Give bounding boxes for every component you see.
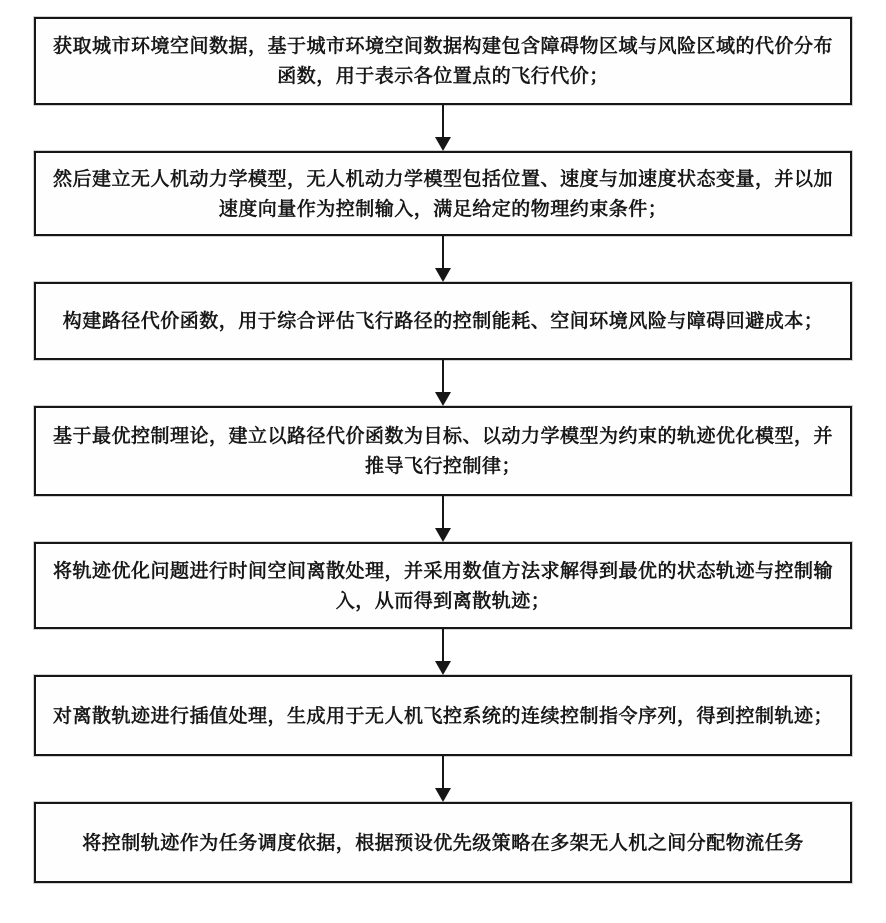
flow-connector-3 [34, 360, 852, 406]
flow-step-1: 获取城市环境空间数据，基于城市环境空间数据构建包含障碍物区域与风险区域的代价分布… [34, 17, 852, 105]
arrow-down-icon [435, 392, 451, 406]
arrow-shaft [442, 756, 444, 788]
flow-step-4-text: 基于最优控制理论，建立以路径代价函数为目标、以动力学模型为约束的轨迹优化模型，并… [50, 421, 836, 481]
flow-step-4: 基于最优控制理论，建立以路径代价函数为目标、以动力学模型为约束的轨迹优化模型，并… [34, 406, 852, 496]
flow-connector-4 [34, 496, 852, 542]
flow-connector-6 [34, 756, 852, 802]
flow-step-5-text: 将轨迹优化问题进行时间空间离散处理，并采用数值方法求解得到最优的状态轨迹与控制输… [50, 556, 836, 616]
flowchart-page: 获取城市环境空间数据，基于城市环境空间数据构建包含障碍物区域与风险区域的代价分布… [0, 0, 886, 923]
arrow-down-icon [435, 528, 451, 542]
flow-step-6: 对离散轨迹进行插值处理，生成用于无人机飞控系统的连续控制指令序列，得到控制轨迹； [34, 675, 852, 756]
flow-step-7-text: 将控制轨迹作为任务调度依据，根据预设优先级策略在多架无人机之间分配物流任务 [82, 828, 804, 858]
process-flowchart: 获取城市环境空间数据，基于城市环境空间数据构建包含障碍物区域与风险区域的代价分布… [34, 17, 852, 883]
arrow-shaft [442, 629, 444, 661]
flow-step-1-text: 获取城市环境空间数据，基于城市环境空间数据构建包含障碍物区域与风险区域的代价分布… [50, 31, 836, 91]
flow-connector-2 [34, 236, 852, 282]
flow-connector-1 [34, 105, 852, 151]
flow-step-5: 将轨迹优化问题进行时间空间离散处理，并采用数值方法求解得到最优的状态轨迹与控制输… [34, 542, 852, 629]
flow-step-2: 然后建立无人机动力学模型，无人机动力学模型包括位置、速度与加速度状态变量，并以加… [34, 151, 852, 236]
arrow-shaft [442, 236, 444, 268]
flow-step-6-text: 对离散轨迹进行插值处理，生成用于无人机飞控系统的连续控制指令序列，得到控制轨迹； [53, 701, 833, 731]
arrow-shaft [442, 496, 444, 528]
arrow-down-icon [435, 661, 451, 675]
flow-step-7: 将控制轨迹作为任务调度依据，根据预设优先级策略在多架无人机之间分配物流任务 [34, 802, 852, 883]
arrow-down-icon [435, 137, 451, 151]
flow-connector-5 [34, 629, 852, 675]
arrow-down-icon [435, 788, 451, 802]
arrow-shaft [442, 105, 444, 137]
arrow-shaft [442, 360, 444, 392]
flow-step-3-text: 构建路径代价函数，用于综合评估飞行路径的控制能耗、空间环境风险与障碍回避成本； [63, 306, 824, 336]
flow-step-2-text: 然后建立无人机动力学模型，无人机动力学模型包括位置、速度与加速度状态变量，并以加… [50, 164, 836, 224]
arrow-down-icon [435, 268, 451, 282]
flow-step-3: 构建路径代价函数，用于综合评估飞行路径的控制能耗、空间环境风险与障碍回避成本； [34, 282, 852, 360]
